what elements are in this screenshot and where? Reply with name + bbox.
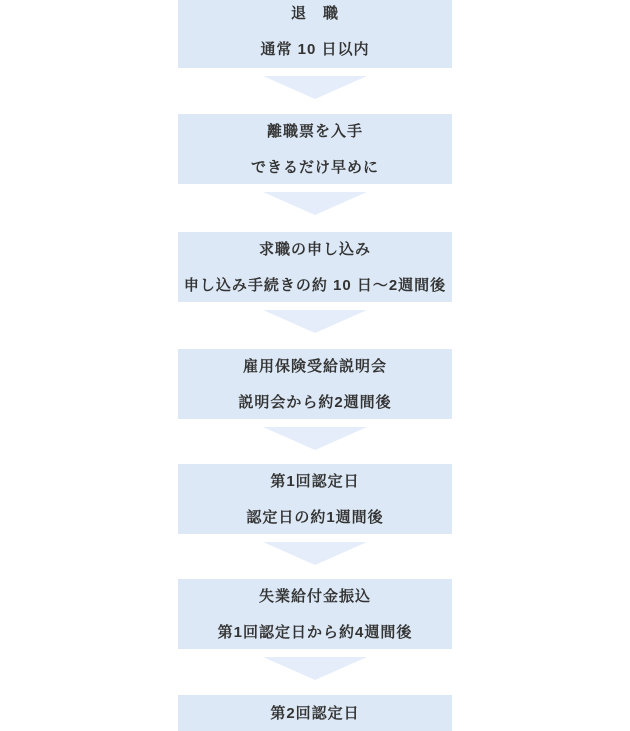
step-title: 失業給付金振込 bbox=[178, 587, 452, 607]
step-title: 第2回認定日 bbox=[178, 704, 452, 724]
flow-step-job-application: 求職の申し込み 申し込み手続きの約 10 日～2週間後 bbox=[178, 232, 452, 302]
flowchart-canvas: 退 職 通常 10 日以内 離職票を入手 できるだけ早めに 求職の申し込み 申し… bbox=[0, 0, 630, 731]
down-arrow-icon bbox=[263, 427, 367, 450]
step-subtitle: 第1回認定日から約4週間後 bbox=[178, 623, 452, 643]
step-subtitle: できるだけ早めに bbox=[178, 158, 452, 178]
step-title: 退 職 bbox=[178, 4, 452, 24]
step-title: 雇用保険受給説明会 bbox=[178, 357, 452, 377]
down-arrow-icon bbox=[263, 657, 367, 680]
step-subtitle: 説明会から約2週間後 bbox=[178, 393, 452, 413]
step-subtitle: 認定日の約1週間後 bbox=[178, 508, 452, 528]
step-title: 第1回認定日 bbox=[178, 472, 452, 492]
down-arrow-icon bbox=[263, 76, 367, 99]
step-title: 離職票を入手 bbox=[178, 122, 452, 142]
flow-step-second-certification-day: 第2回認定日 bbox=[178, 695, 452, 731]
step-subtitle: 通常 10 日以内 bbox=[178, 40, 452, 60]
flow-step-retirement: 退 職 通常 10 日以内 bbox=[178, 0, 452, 68]
step-subtitle: 申し込み手続きの約 10 日～2週間後 bbox=[178, 276, 452, 296]
flow-step-get-separation-slip: 離職票を入手 できるだけ早めに bbox=[178, 114, 452, 184]
down-arrow-icon bbox=[263, 310, 367, 333]
down-arrow-icon bbox=[263, 542, 367, 565]
down-arrow-icon bbox=[263, 192, 367, 215]
flow-step-benefit-transfer: 失業給付金振込 第1回認定日から約4週間後 bbox=[178, 579, 452, 649]
flow-step-insurance-briefing: 雇用保険受給説明会 説明会から約2週間後 bbox=[178, 349, 452, 419]
flow-step-first-certification-day: 第1回認定日 認定日の約1週間後 bbox=[178, 464, 452, 534]
step-title: 求職の申し込み bbox=[178, 240, 452, 260]
